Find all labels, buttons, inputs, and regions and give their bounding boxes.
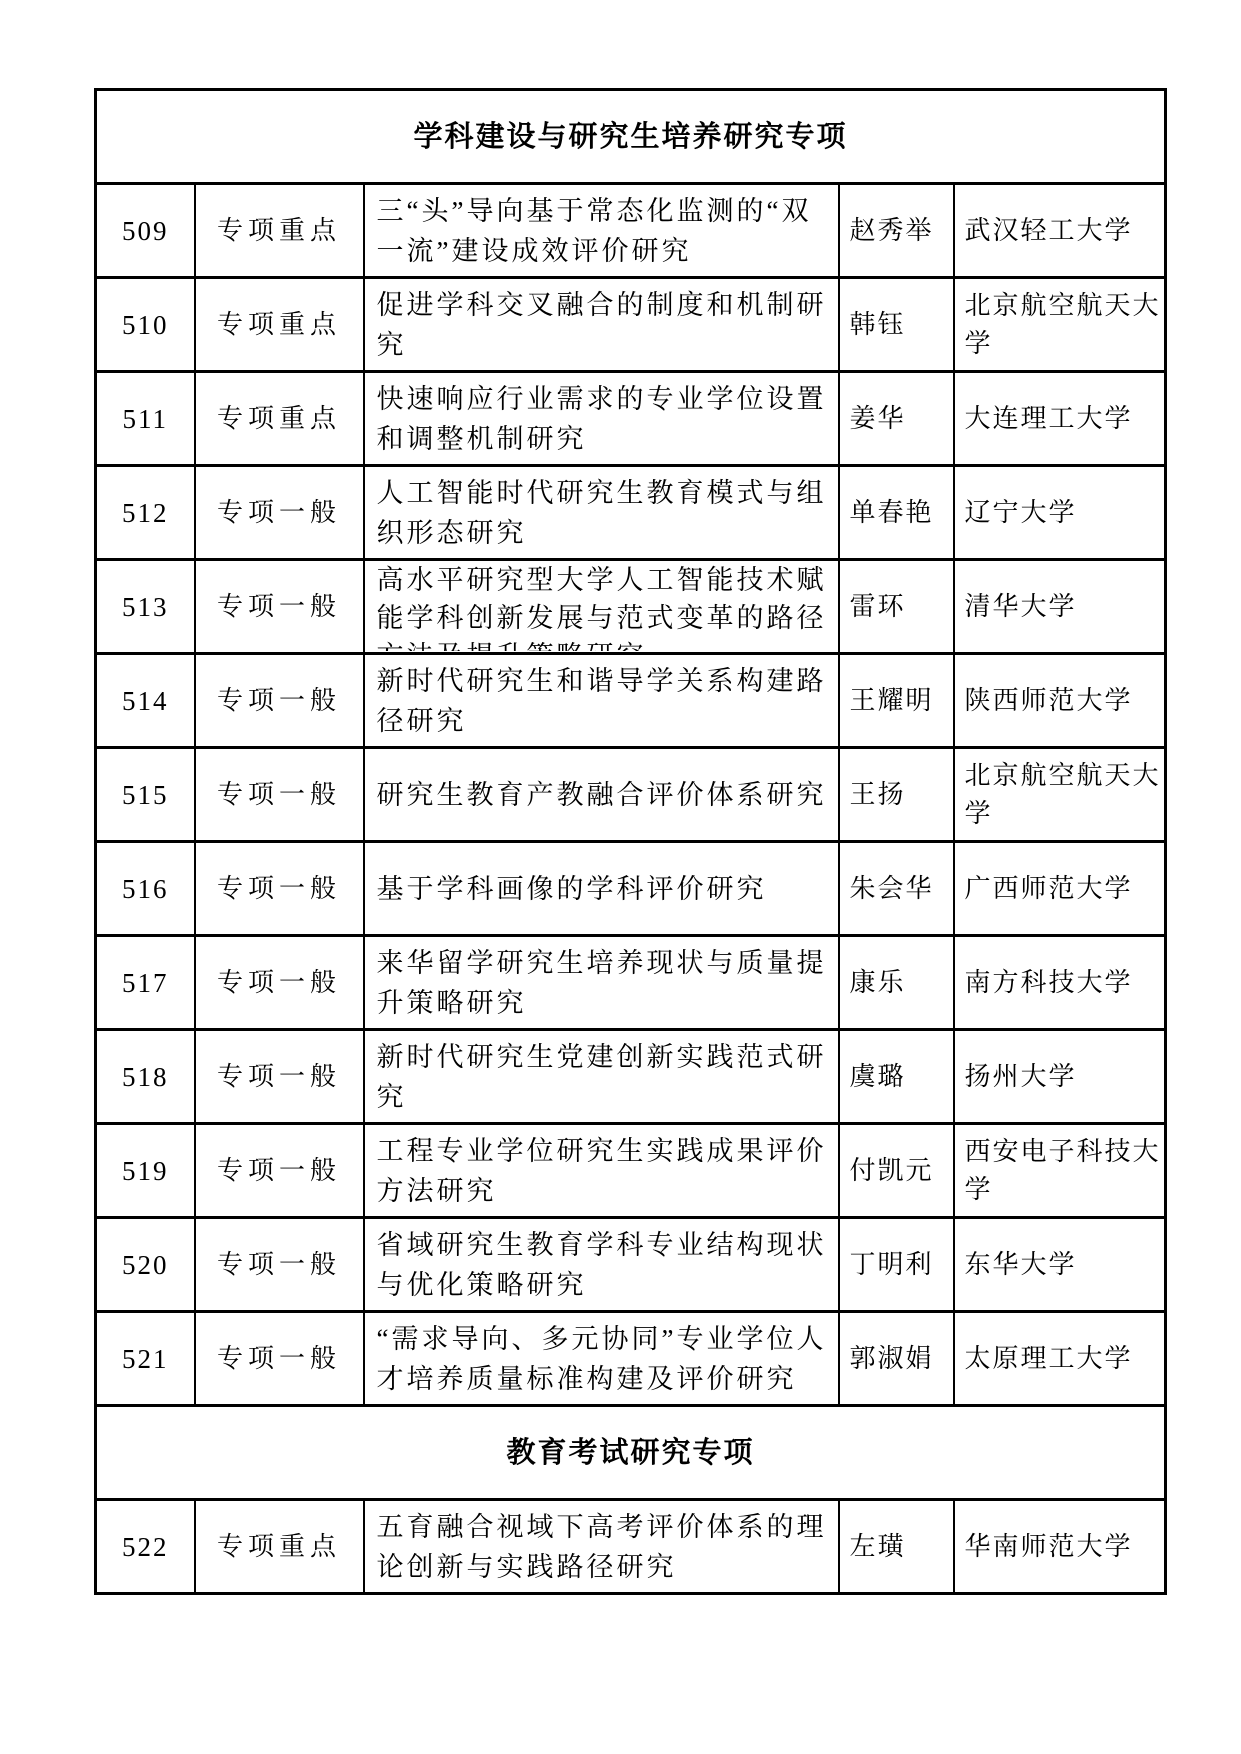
- section-header-row: 教育考试研究专项: [96, 1406, 1166, 1500]
- project-leader-cell: 单春艳: [839, 466, 954, 560]
- project-university-cell: 广西师范大学: [954, 842, 1166, 936]
- project-row: 514专项一般新时代研究生和谐导学关系构建路径研究王耀明陕西师范大学: [96, 654, 1166, 748]
- project-title-cell: 新时代研究生和谐导学关系构建路径研究: [364, 654, 839, 748]
- project-category-cell: 专项一般: [195, 560, 364, 654]
- project-university-cell: 辽宁大学: [954, 466, 1166, 560]
- project-row: 510专项重点促进学科交叉融合的制度和机制研究韩钰北京航空航天大学: [96, 278, 1166, 372]
- project-number-cell: 514: [96, 654, 195, 748]
- document-page: 学科建设与研究生培养研究专项509专项重点三“头”导向基于常态化监测的“双一流”…: [0, 0, 1241, 1754]
- project-row: 516专项一般基于学科画像的学科评价研究朱会华广西师范大学: [96, 842, 1166, 936]
- project-number-cell: 510: [96, 278, 195, 372]
- project-category-cell: 专项重点: [195, 1500, 364, 1594]
- project-number-cell: 517: [96, 936, 195, 1030]
- project-row: 521专项一般“需求导向、多元协同”专业学位人才培养质量标准构建及评价研究郭淑娟…: [96, 1312, 1166, 1406]
- project-number-cell: 519: [96, 1124, 195, 1218]
- project-row: 509专项重点三“头”导向基于常态化监测的“双一流”建设成效评价研究赵秀举武汉轻…: [96, 184, 1166, 278]
- project-category-cell: 专项一般: [195, 1218, 364, 1312]
- project-category-cell: 专项一般: [195, 842, 364, 936]
- project-university-cell: 武汉轻工大学: [954, 184, 1166, 278]
- project-title-cell: 五育融合视域下高考评价体系的理论创新与实践路径研究: [364, 1500, 839, 1594]
- project-title-cell: 人工智能时代研究生教育模式与组织形态研究: [364, 466, 839, 560]
- project-category-cell: 专项重点: [195, 372, 364, 466]
- section-title: 学科建设与研究生培养研究专项: [96, 90, 1166, 184]
- project-number-cell: 513: [96, 560, 195, 654]
- projects-table: 学科建设与研究生培养研究专项509专项重点三“头”导向基于常态化监测的“双一流”…: [94, 88, 1167, 1595]
- project-title-cell: 高水平研究型大学人工智能技术赋能学科创新发展与范式变革的路径方法及提升策略研究: [364, 560, 839, 654]
- project-category-cell: 专项一般: [195, 1312, 364, 1406]
- project-leader-cell: 左璜: [839, 1500, 954, 1594]
- project-leader-cell: 丁明利: [839, 1218, 954, 1312]
- project-title-cell: 来华留学研究生培养现状与质量提升策略研究: [364, 936, 839, 1030]
- project-title-cell: 基于学科画像的学科评价研究: [364, 842, 839, 936]
- section-title: 教育考试研究专项: [96, 1406, 1166, 1500]
- project-title-cell: 快速响应行业需求的专业学位设置和调整机制研究: [364, 372, 839, 466]
- project-title-cell: 研究生教育产教融合评价体系研究: [364, 748, 839, 842]
- project-university-cell: 北京航空航天大学: [954, 278, 1166, 372]
- project-title-cell: 省域研究生教育学科专业结构现状与优化策略研究: [364, 1218, 839, 1312]
- project-row: 517专项一般来华留学研究生培养现状与质量提升策略研究康乐南方科技大学: [96, 936, 1166, 1030]
- project-row: 512专项一般人工智能时代研究生教育模式与组织形态研究单春艳辽宁大学: [96, 466, 1166, 560]
- project-leader-cell: 付凯元: [839, 1124, 954, 1218]
- project-leader-cell: 赵秀举: [839, 184, 954, 278]
- project-category-cell: 专项一般: [195, 1124, 364, 1218]
- project-title-cell: 促进学科交叉融合的制度和机制研究: [364, 278, 839, 372]
- section-header-row: 学科建设与研究生培养研究专项: [96, 90, 1166, 184]
- project-number-cell: 520: [96, 1218, 195, 1312]
- project-number-cell: 518: [96, 1030, 195, 1124]
- project-number-cell: 521: [96, 1312, 195, 1406]
- project-university-cell: 陕西师范大学: [954, 654, 1166, 748]
- project-number-cell: 522: [96, 1500, 195, 1594]
- project-title-cell: “需求导向、多元协同”专业学位人才培养质量标准构建及评价研究: [364, 1312, 839, 1406]
- project-leader-cell: 郭淑娟: [839, 1312, 954, 1406]
- project-number-cell: 512: [96, 466, 195, 560]
- project-category-cell: 专项一般: [195, 466, 364, 560]
- project-university-cell: 西安电子科技大学: [954, 1124, 1166, 1218]
- project-category-cell: 专项重点: [195, 278, 364, 372]
- project-leader-cell: 王扬: [839, 748, 954, 842]
- project-category-cell: 专项重点: [195, 184, 364, 278]
- project-university-cell: 大连理工大学: [954, 372, 1166, 466]
- project-leader-cell: 雷环: [839, 560, 954, 654]
- project-row: 520专项一般省域研究生教育学科专业结构现状与优化策略研究丁明利东华大学: [96, 1218, 1166, 1312]
- project-row: 513专项一般高水平研究型大学人工智能技术赋能学科创新发展与范式变革的路径方法及…: [96, 560, 1166, 654]
- project-number-cell: 511: [96, 372, 195, 466]
- project-row: 519专项一般工程专业学位研究生实践成果评价方法研究付凯元西安电子科技大学: [96, 1124, 1166, 1218]
- project-row: 522专项重点五育融合视域下高考评价体系的理论创新与实践路径研究左璜华南师范大学: [96, 1500, 1166, 1594]
- project-university-cell: 太原理工大学: [954, 1312, 1166, 1406]
- project-row: 511专项重点快速响应行业需求的专业学位设置和调整机制研究姜华大连理工大学: [96, 372, 1166, 466]
- project-number-cell: 515: [96, 748, 195, 842]
- project-category-cell: 专项一般: [195, 1030, 364, 1124]
- project-title-cell: 新时代研究生党建创新实践范式研究: [364, 1030, 839, 1124]
- project-university-cell: 东华大学: [954, 1218, 1166, 1312]
- project-university-cell: 扬州大学: [954, 1030, 1166, 1124]
- project-category-cell: 专项一般: [195, 654, 364, 748]
- clipped-title-text: 高水平研究型大学人工智能技术赋能学科创新发展与范式变革的路径方法及提升策略研究: [377, 561, 830, 651]
- project-university-cell: 清华大学: [954, 560, 1166, 654]
- project-row: 518专项一般新时代研究生党建创新实践范式研究虞璐扬州大学: [96, 1030, 1166, 1124]
- project-university-cell: 南方科技大学: [954, 936, 1166, 1030]
- project-row: 515专项一般研究生教育产教融合评价体系研究王扬北京航空航天大学: [96, 748, 1166, 842]
- project-title-cell: 三“头”导向基于常态化监测的“双一流”建设成效评价研究: [364, 184, 839, 278]
- project-leader-cell: 韩钰: [839, 278, 954, 372]
- project-leader-cell: 康乐: [839, 936, 954, 1030]
- project-number-cell: 516: [96, 842, 195, 936]
- project-university-cell: 北京航空航天大学: [954, 748, 1166, 842]
- project-title-cell: 工程专业学位研究生实践成果评价方法研究: [364, 1124, 839, 1218]
- project-category-cell: 专项一般: [195, 748, 364, 842]
- project-leader-cell: 姜华: [839, 372, 954, 466]
- project-leader-cell: 朱会华: [839, 842, 954, 936]
- project-university-cell: 华南师范大学: [954, 1500, 1166, 1594]
- project-number-cell: 509: [96, 184, 195, 278]
- project-leader-cell: 王耀明: [839, 654, 954, 748]
- project-leader-cell: 虞璐: [839, 1030, 954, 1124]
- project-category-cell: 专项一般: [195, 936, 364, 1030]
